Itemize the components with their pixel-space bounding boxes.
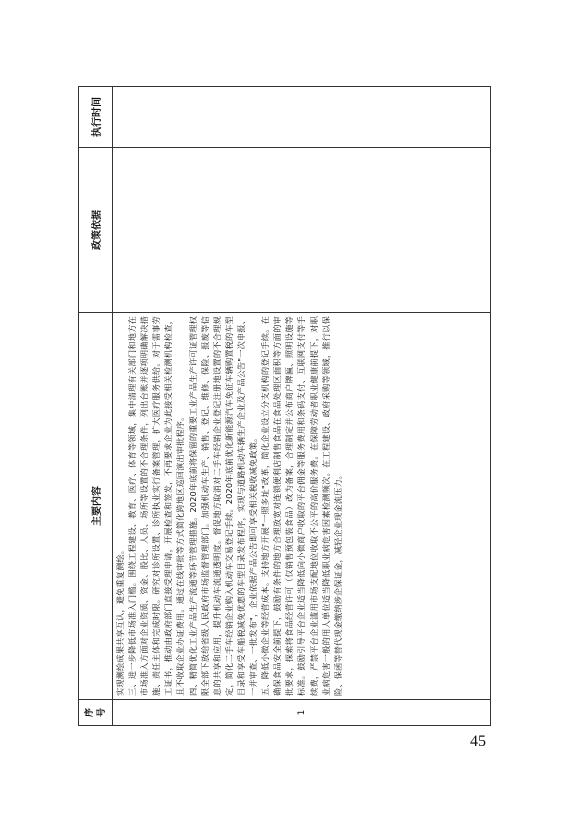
table-row: 1 实现测绘成果共享互认，避免重复测绘。 三、进一步降低市场准入门槛。围绕工程建… (113, 87, 490, 725)
header-seq-char-2: 号 (96, 708, 108, 717)
page-number: 45 (470, 733, 486, 751)
row-seq-cell: 1 (113, 699, 490, 725)
main-content-para-1: 实现测绘成果共享互认，避免重复测绘。 (114, 316, 126, 696)
row-main-content-cell: 实现测绘成果共享互认，避免重复测绘。 三、进一步降低市场准入门槛。围绕工程建设、… (113, 312, 490, 699)
header-policy-basis: 政策依据 (79, 147, 112, 312)
main-content-para-4: 五、降低小微企业等经营成本。支持地方开展"一照多址"改革，简化企业设立分支机构的… (259, 316, 344, 696)
rotated-page: 序 号 主要内容 政策依据 执行时间 1 实现测绘成果共享互认，避免重复测绘。 … (78, 86, 491, 726)
main-content-para-2: 三、进一步降低市场准入门槛。围绕工程建设、教育、医疗、体育等领域，集中清理有关部… (126, 316, 186, 696)
row-execution-time-cell (113, 87, 490, 147)
row-seq-number: 1 (297, 710, 307, 716)
table-header-row: 序 号 主要内容 政策依据 执行时间 (79, 87, 113, 725)
row-policy-basis-cell (113, 147, 490, 312)
header-seq-char-1: 序 (84, 708, 96, 717)
policy-table: 序 号 主要内容 政策依据 执行时间 1 实现测绘成果共享互认，避免重复测绘。 … (78, 86, 491, 726)
header-main-content: 主要内容 (79, 312, 112, 699)
main-content-para-3: 四、精简优化工业产品生产流通等环节管理措施。2020年底前将保留的重要工业产品生… (187, 316, 260, 696)
header-seq: 序 号 (79, 699, 112, 725)
header-execution-time: 执行时间 (79, 87, 112, 147)
